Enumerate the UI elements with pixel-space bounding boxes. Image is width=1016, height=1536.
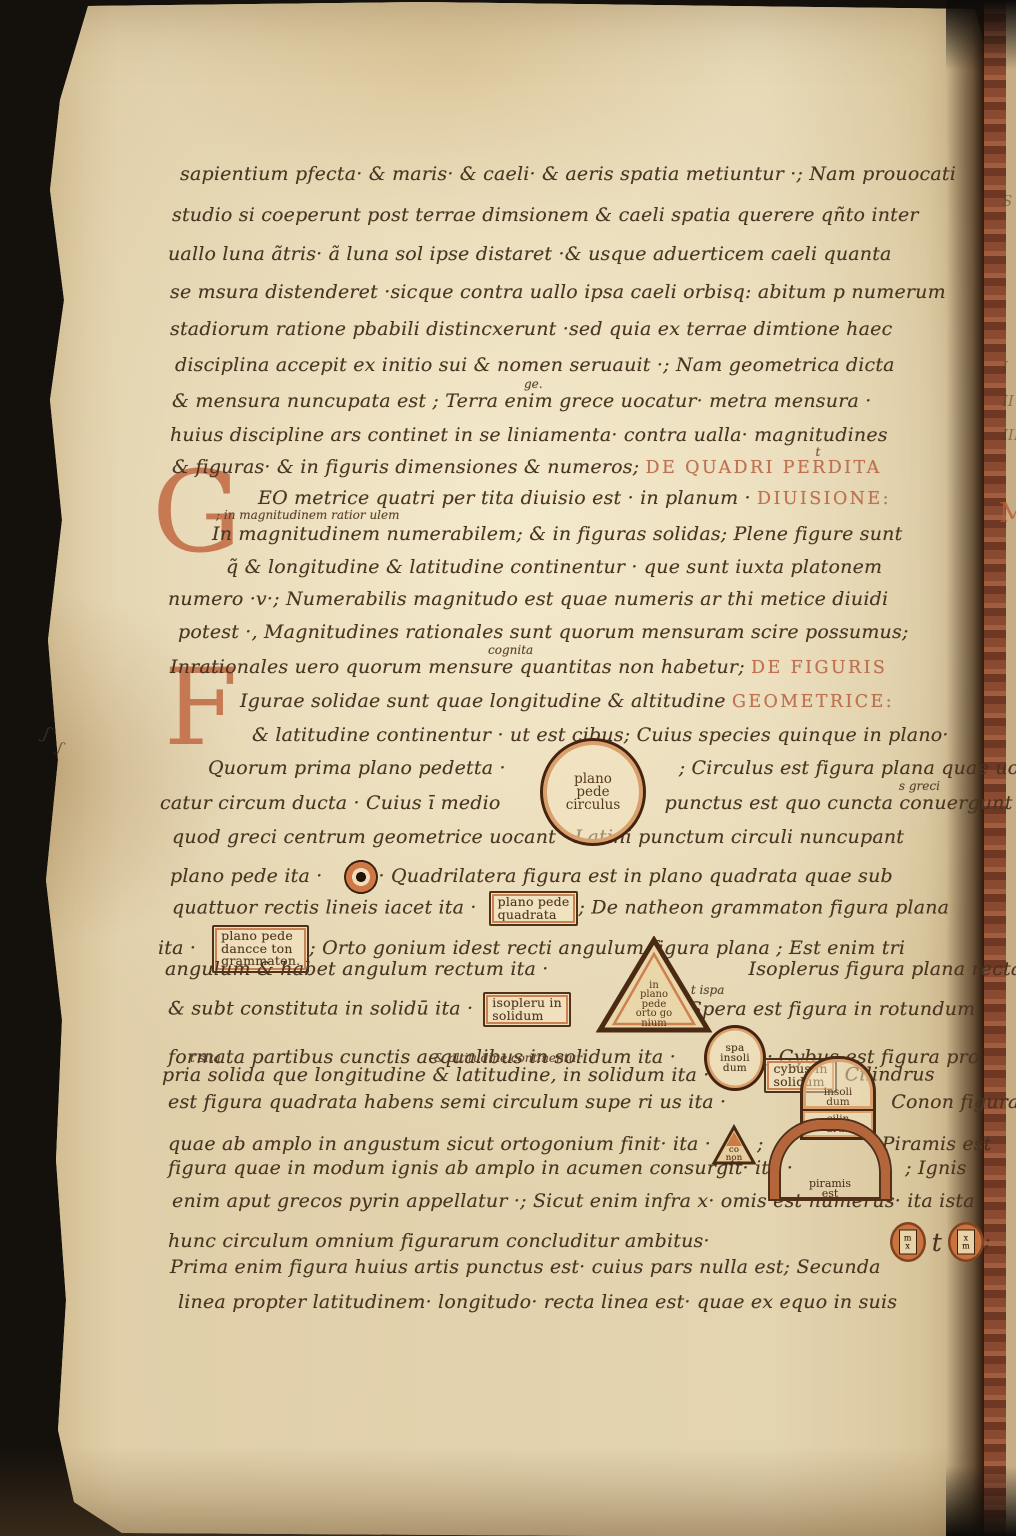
line-text: quod greci centrum geometrice uocant · L… [172,826,904,848]
interlinear-gloss: & altitudine continentur [434,1051,582,1065]
text-line: plano pede ita ·· Quadrilatera figura es… [170,858,893,888]
interlinear-gloss: cognita [488,643,533,657]
line-text: catur circum ducta · Cuius ī medio [160,792,501,814]
line-text: q̃ & longitudine & latitudine continentu… [226,556,882,578]
text-line: quattuor rectis lineis iacet ita ·plano … [172,891,949,921]
line-text: EO metrice quatri per tita diuisio est ·… [258,487,751,509]
text-line: linea propter latitudinem· longitudo· re… [178,1291,897,1321]
seal-glyphs: mx [899,1230,917,1255]
line-text: Isoplerus figura plana recta [748,958,1016,980]
line-text: Conon figura [891,1091,1016,1113]
text-line: angulum & habet angulum rectum ita ·Isop… [165,958,1016,988]
text-line: ; in magnitudinem ratior ulem In magnitu… [212,523,902,553]
line-text: Quorum prima plano pedetta · [208,757,506,779]
line-text: & mensura nuncupata est ; Terra enim gre… [172,390,871,412]
text-line: Igurae solidae sunt quae longitudine & a… [240,690,894,720]
line-text: uallo luna ãtris· ã luna sol ipse distar… [168,243,892,265]
diagram-label: dum [826,1097,849,1107]
margin-pen-mark: ʃ [41,724,52,744]
facing-page-mark: I [1002,358,1008,376]
line-text: t ispaSpera est figura in rotundum [689,998,976,1020]
line-text: ita · [158,937,196,959]
text-line: quod greci centrum geometrice uocant · L… [172,826,904,856]
text-line: hunc circulum omnium figurarum concludit… [168,1222,991,1252]
piramis-arch-diagram: piramis est [770,1120,890,1199]
line-text: quattuor rectis lineis iacet ita · [172,897,477,919]
line-text: linea propter latitudinem· longitudo· re… [178,1291,897,1313]
line-text: Igurae solidae sunt quae longitudine & a… [240,690,726,712]
facing-page-mark: II [1002,392,1014,410]
line-text: se msura distenderet ·sicque contra uall… [170,281,946,303]
seal-glyphs: xm [957,1230,975,1255]
seal-figure-left: mx [890,1222,926,1262]
page-bottom-shade [0,1446,984,1536]
line-text: Spera est figura in rotundum [689,998,976,1020]
line-text: numero ·v·; Numerabilis magnitudo est qu… [168,588,888,610]
line-text: pria solida que longitudine & latitudine… [162,1064,709,1086]
line-text: huius discipline ars continet in se lini… [170,424,888,446]
diagram-label-stack: in plano pede orto go nium [596,936,712,1034]
text-line: huius discipline ars continet in se lini… [170,424,888,454]
diagram-label: est [770,1189,890,1199]
line-text: stadiorum ratione pbabili distincxerunt … [170,318,892,340]
line-text: s grecipunctus est quo cuncta conuergunt… [665,792,1016,814]
rubric-label: DIUISIONE: [757,489,891,509]
text-line: studio si coeperunt post terrae dimsione… [172,204,919,234]
ortogonium-triangle-diagram: in plano pede orto go nium [596,936,712,1034]
correction-gloss: t [816,445,821,459]
diagram-label-stack: piramis est [770,1179,890,1199]
text-line: potest ·, Magnitudines rationales sunt q… [178,621,909,651]
facing-page-mark: III [1002,426,1016,444]
line-text: ; [757,1133,764,1155]
text-line: & subt constituta in solidū ita ·isopler… [168,992,975,1022]
seal-glyph: m [958,1242,974,1250]
quadrata-box-diagram: plano pedequadrata [489,891,579,926]
seal-separator: t [932,1228,942,1257]
line-text: t sita& altitudine continenturpria solid… [162,1064,709,1086]
line-text: est figura quadrata habens semi circulum… [168,1091,726,1113]
line-text: Prima enim figura huius artis punctus es… [170,1256,881,1278]
text-line: numero ·v·; Numerabilis magnitudo est qu… [168,588,888,618]
line-text: · Quadrilatera figura est in plano quadr… [378,865,892,887]
line-text: ; [984,1230,991,1252]
text-line: uallo luna ãtris· ã luna sol ipse distar… [168,243,892,273]
interlinear-gloss: ; in magnitudinem ratior ulem [216,508,400,522]
line-text: studio si coeperunt post terrae dimsione… [172,204,919,226]
seal-figure-right: xm [948,1222,984,1262]
text-line: cognita Inrationales uero quorum mensure… [170,656,887,686]
line-text: potest ·, Magnitudines rationales sunt q… [178,621,909,643]
facing-page-initial: M [999,498,1016,529]
line-text: sapientium pfecta· & maris· & caeli· & a… [180,163,956,185]
interlinear-gloss: s greci [899,779,940,793]
line-text: hunc circulum omnium figurarum concludit… [168,1230,710,1252]
line-text: & figuras· & in figuris dimensiones & nu… [172,456,639,478]
text-line: ita ·plano pededancce tongrammaton.; Ort… [158,925,905,955]
text-line: & figuras· & in figuris dimensiones & nu… [172,456,882,486]
diagram-label: nium [641,1019,667,1029]
line-text: punctus est quo cuncta conuergunt · [665,792,1016,814]
diagram-label: quadrata [498,909,570,922]
circulus-diagram: plano pede circulus [540,738,646,846]
cilindrus-dome: insoli dum [800,1056,876,1109]
rubric-text: DE QUADRI PERDITA [646,458,882,478]
text-line: ge. & mensura nuncupata est ; Terra enim… [172,390,871,420]
rubric-label: tDE QUADRI PERDITA [646,458,882,478]
diagram-label: circulus [566,799,621,812]
isopleru-box-diagram: isopleru insolidum [483,992,571,1027]
rubric-label: GEOMETRICE: [732,692,894,712]
line-text: & subt constituta in solidū ita · [168,998,473,1020]
text-line: stadiorum ratione pbabili distincxerunt … [170,318,892,348]
line-text: ; Circulus est figura plana quae uo [679,757,1016,779]
line-text: ; De natheon grammaton figura plana [578,897,949,919]
line-text: In magnitudinem numerabilem; & in figura… [212,523,902,545]
line-text: angulum & habet angulum rectum ita · [165,958,548,980]
edge-shadow-top [946,0,1016,70]
text-line: sapientium pfecta· & maris· & caeli· & a… [180,163,956,193]
rubric-label: DE FIGURIS [751,658,887,678]
text-line: se msura distenderet ·sicque contra uall… [170,281,946,311]
interlinear-gloss: ge. [524,377,543,391]
seal-glyph: x [900,1242,916,1250]
text-line: Prima enim figura huius artis punctus es… [170,1256,881,1286]
manuscript-photo: S I II III M ʃ ʃ G F sapientium pfecta· … [0,0,1016,1536]
line-text: Piramis est [882,1133,992,1155]
line-text: plano pede ita · [170,865,322,887]
facing-page-mark: S [1002,192,1012,210]
edge-shadow-bottom [946,1466,1016,1536]
text-line: q̃ & longitudine & latitudine continentu… [226,556,882,586]
diagram-label: solidum [492,1010,562,1023]
text-line: est figura quadrata habens semi circulum… [168,1091,1016,1121]
line-text: disciplina accepit ex initio sui & nomen… [175,354,895,376]
interlinear-gloss: t sita [190,1051,221,1065]
line-text: figura quae in modum ignis ab amplo in a… [168,1157,793,1179]
line-text: ; Ignis [905,1157,967,1179]
line-text: quae ab amplo in angustum sicut ortogoni… [168,1133,711,1155]
line-text: Inrationales uero quorum mensure quantit… [170,656,745,678]
